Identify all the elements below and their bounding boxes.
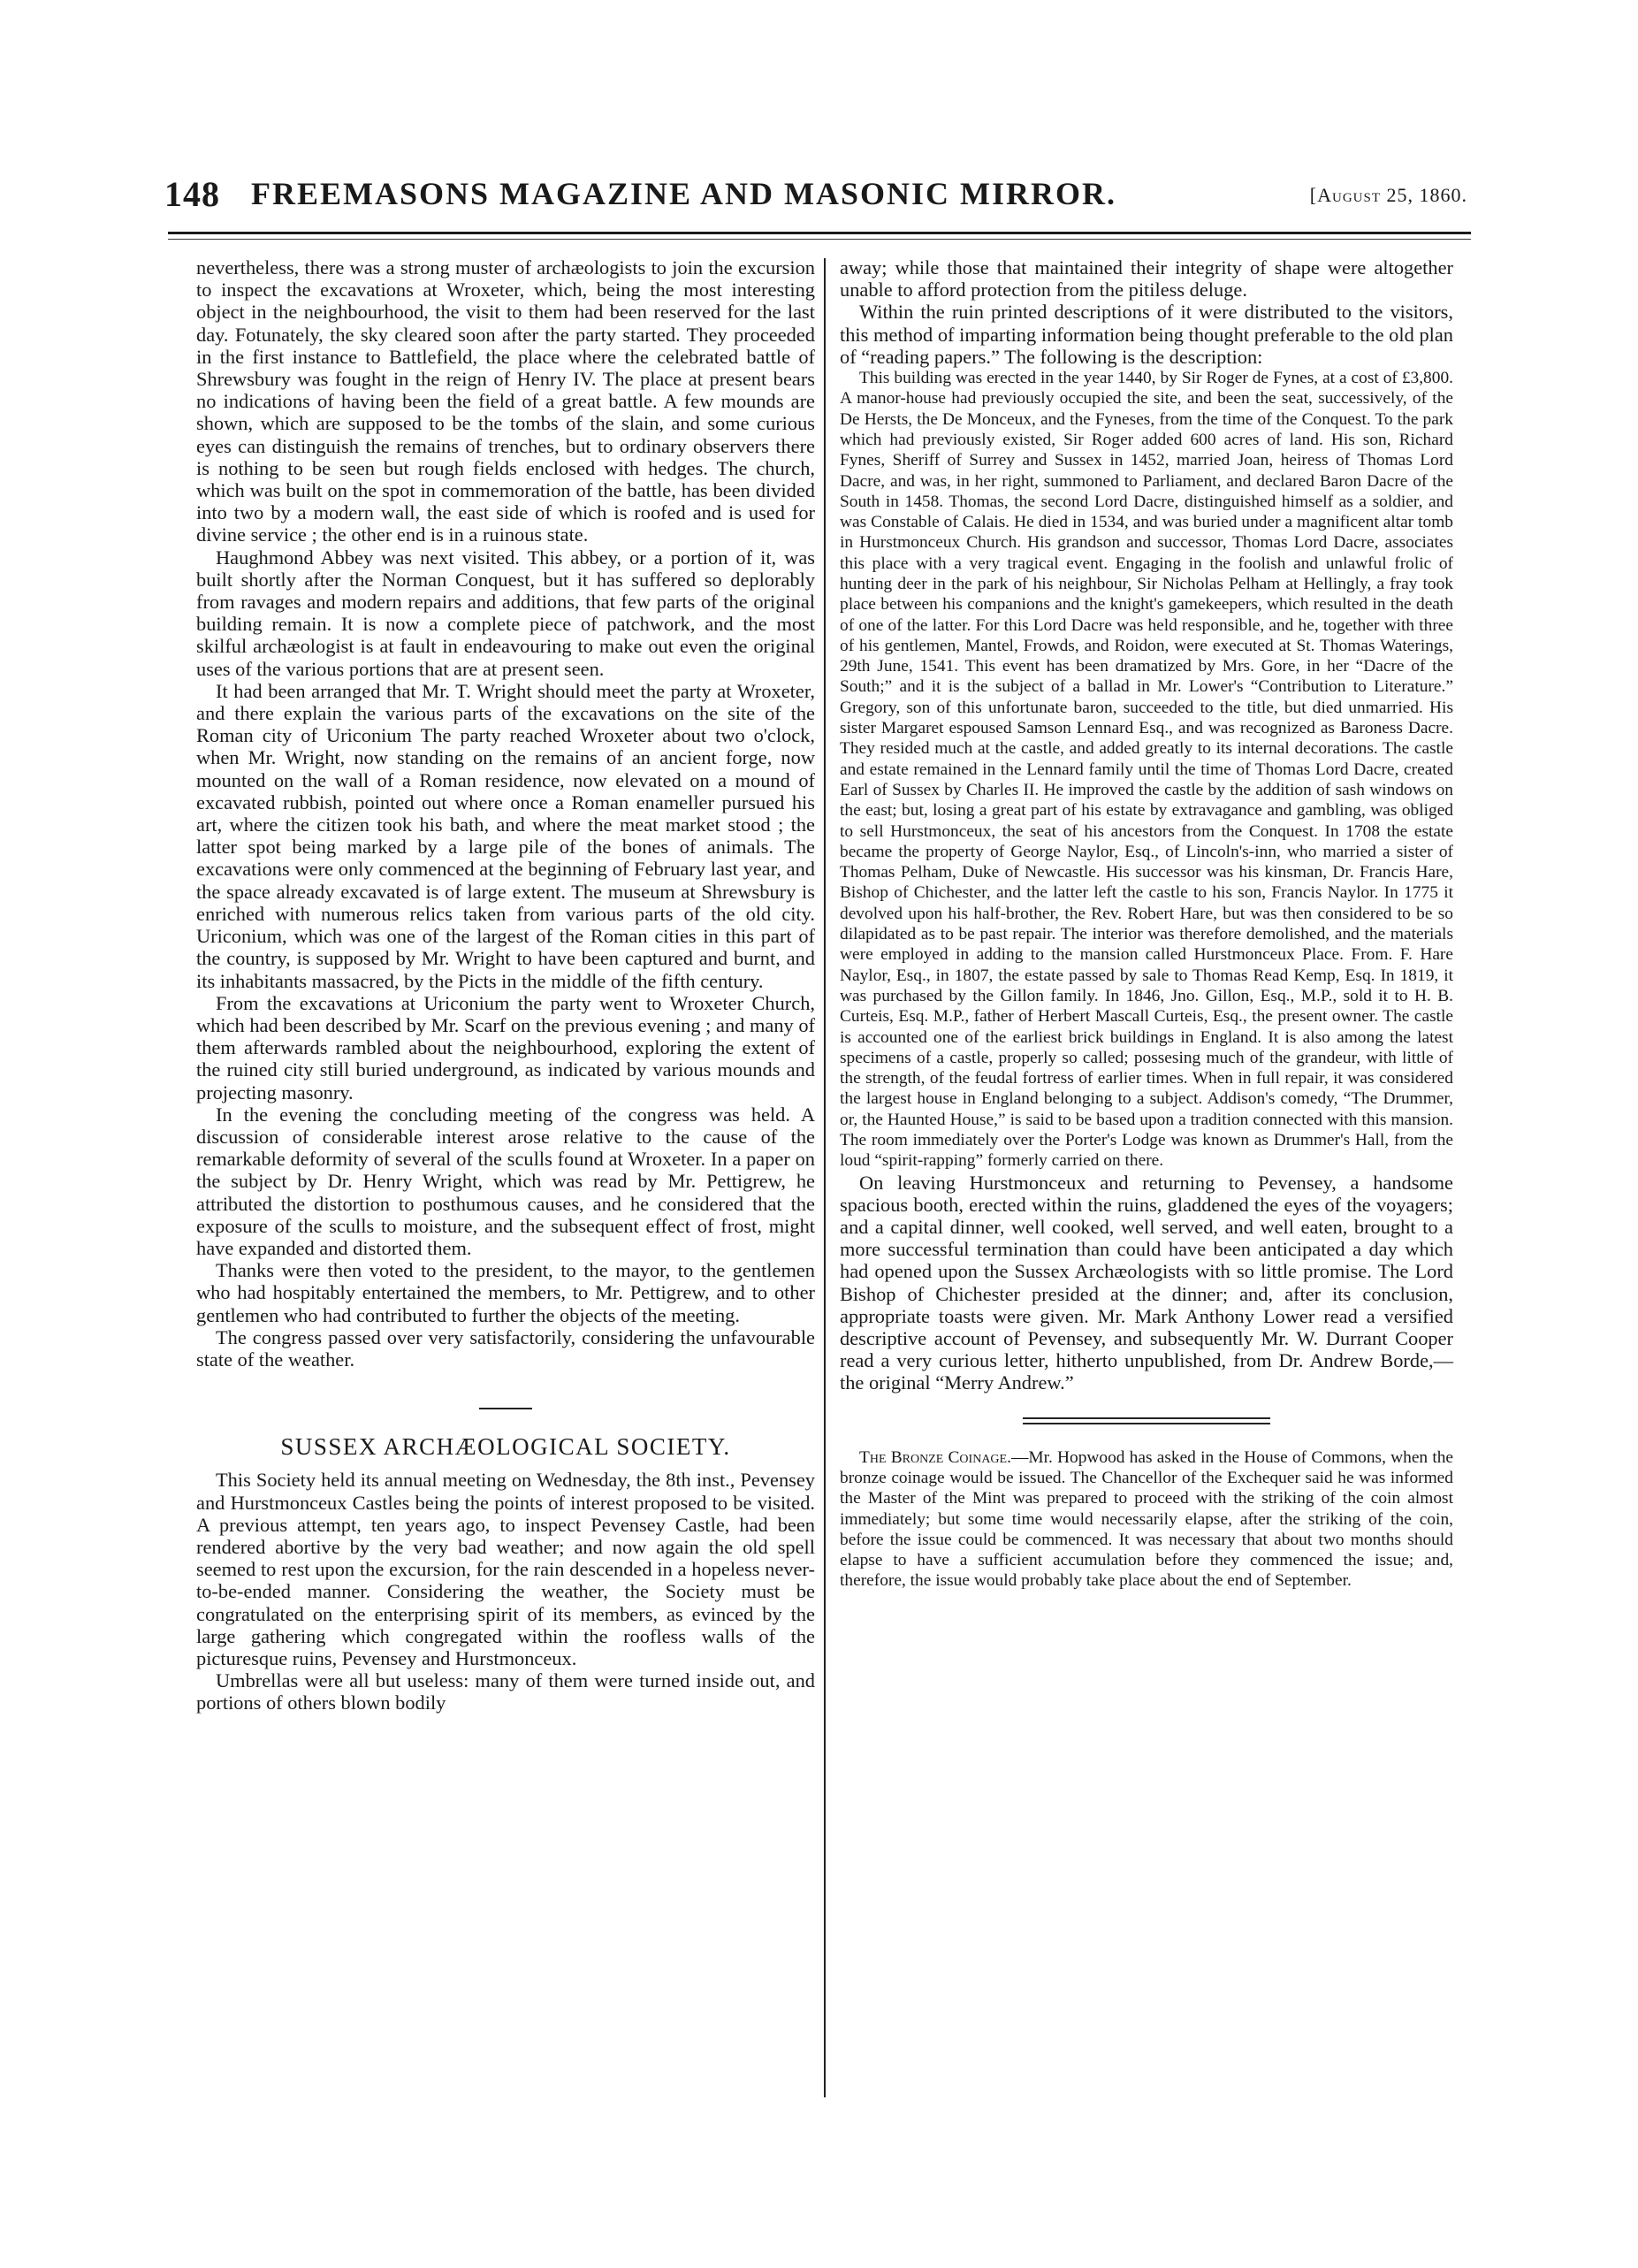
masthead: 148 FREEMASONS MAGAZINE AND MASONIC MIRR… [164,173,1473,226]
left-column: nevertheless, there was a strong muster … [196,256,815,1714]
paragraph: Haughmond Abbey was next visited. This a… [196,546,815,680]
article-separator [1023,1417,1270,1424]
paragraph: The congress passed over very satisfacto… [196,1326,815,1371]
paragraph: It had been arranged that Mr. T. Wright … [196,680,815,992]
item-text: —Mr. Hopwood has asked in the House of C… [840,1448,1453,1591]
issue-date: [August 25, 1860. [1310,184,1467,207]
paragraph: From the excavations at Uriconium the pa… [196,992,815,1103]
paragraph: nevertheless, there was a strong muster … [196,256,815,546]
right-column: away; while those that maintained their … [840,256,1453,1592]
paragraph: away; while those that maintained their … [840,256,1453,301]
header-rule [168,232,1471,234]
quoted-description: This building was erected in the year 14… [840,368,1453,1172]
paragraph: This Society held its annual meeting on … [196,1469,815,1669]
publication-title: FREEMASONS MAGAZINE AND MASONIC MIRROR. [251,175,1116,212]
column-divider [824,258,826,2097]
paragraph: Thanks were then voted to the president,… [196,1259,815,1326]
paragraph: Umbrellas were all but useless: many of … [196,1669,815,1714]
header-rule-thin [168,239,1471,240]
item-heading: The Bronze Coinage. [859,1448,1011,1467]
paragraph: On leaving Hurstmonceux and returning to… [840,1172,1453,1394]
paragraph: Within the ruin printed descriptions of … [840,301,1453,368]
paragraph: In the evening the concluding meeting of… [196,1103,815,1259]
bronze-coinage-item: The Bronze Coinage.—Mr. Hopwood has aske… [840,1447,1453,1592]
section-heading: SUSSEX ARCHÆOLOGICAL SOCIETY. [196,1436,815,1458]
page-number: 148 [164,173,220,215]
magazine-page: 148 FREEMASONS MAGAZINE AND MASONIC MIRR… [0,0,1638,2268]
section-separator [479,1408,532,1409]
